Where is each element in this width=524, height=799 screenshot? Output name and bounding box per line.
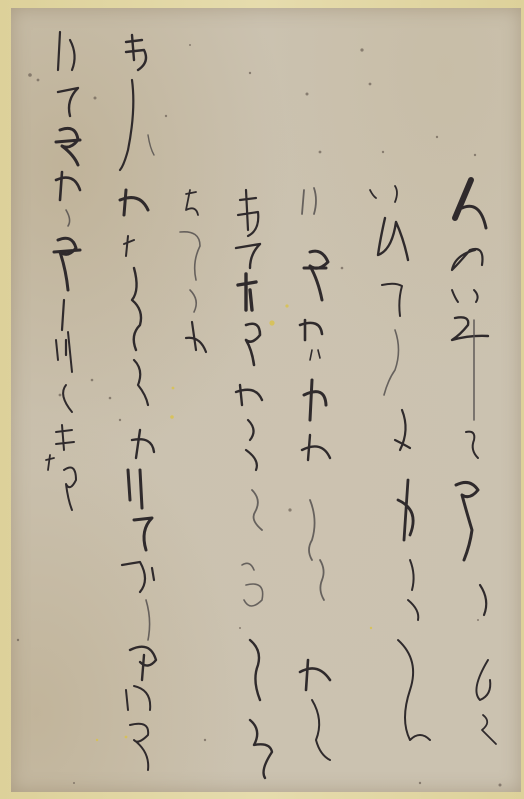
column-7-text: りてあれゝあしけくもな <box>68 30 69 41</box>
column-7 <box>46 32 80 510</box>
column-2 <box>370 186 430 740</box>
column-6-text: ましれなるをものけてかるのやれみて <box>132 30 133 47</box>
column-1-text: 人のいみしうあはれならぬこと <box>470 180 471 194</box>
calligraphy-ink <box>0 0 524 799</box>
column-6 <box>120 35 156 770</box>
paper-specks <box>17 44 502 787</box>
column-5 <box>180 190 206 352</box>
column-2-text: いひてしよはれならぬそれ <box>417 180 418 192</box>
column-4-text: まて有あれをるむなのうらみて <box>258 180 259 194</box>
column-4 <box>236 190 272 778</box>
column-3-text: りあれいわれそゆへのいれならひ <box>315 180 316 195</box>
column-5-text: たつるよ <box>190 180 191 184</box>
column-3 <box>300 188 330 760</box>
column-1 <box>452 180 496 744</box>
